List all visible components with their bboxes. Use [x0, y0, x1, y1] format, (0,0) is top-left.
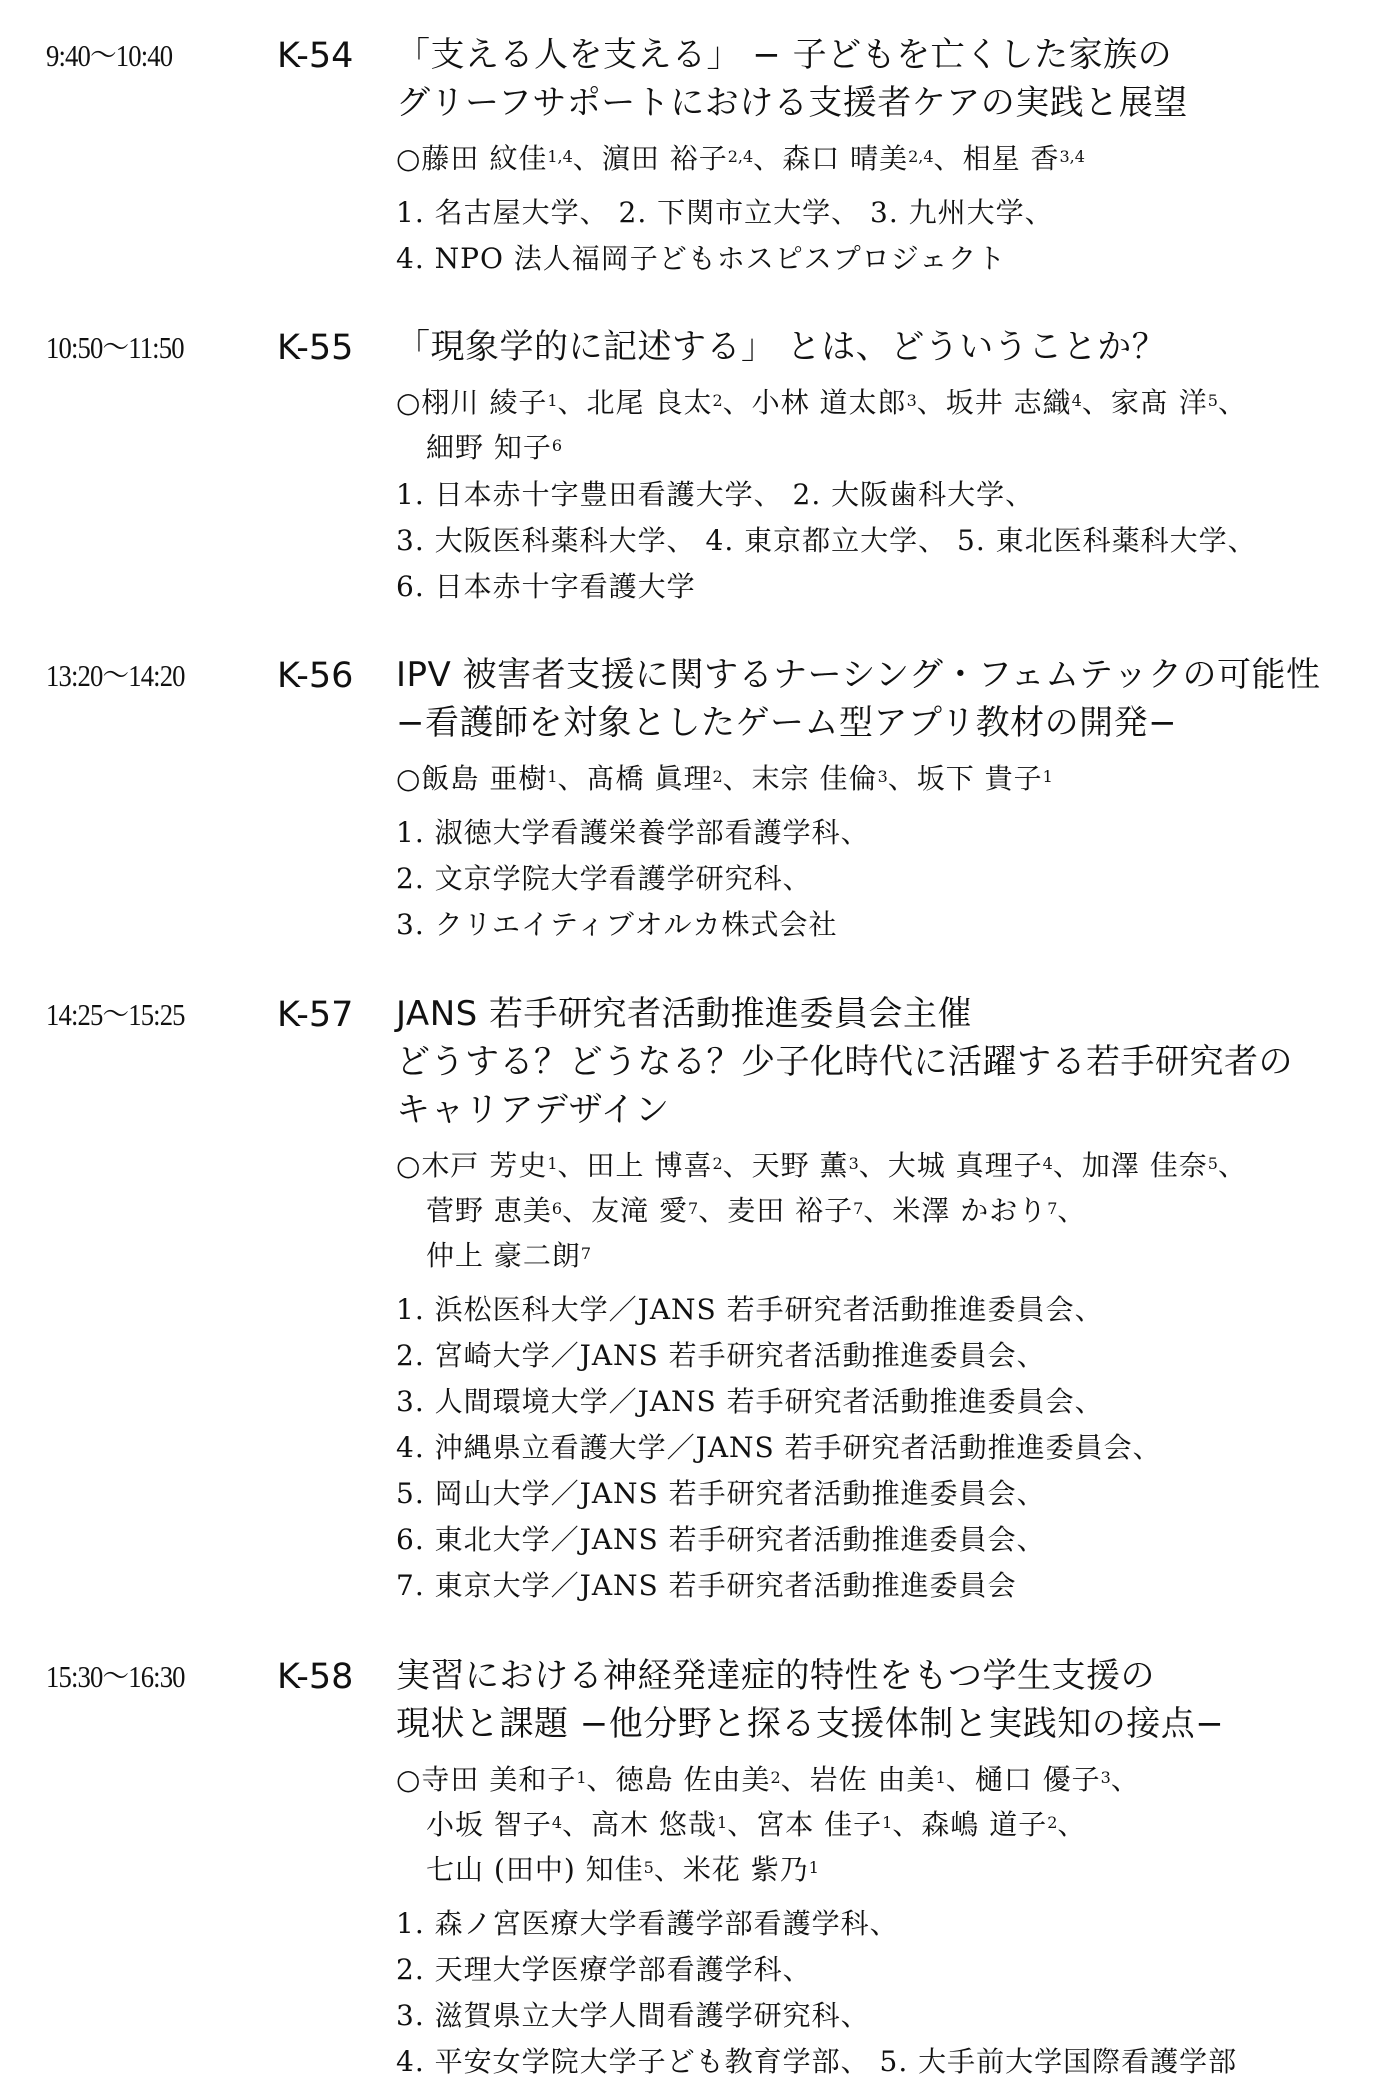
- separator: 、: [698, 1194, 727, 1227]
- author-name: 細野 知子: [426, 431, 552, 464]
- affiliation-marker: 6: [552, 436, 562, 455]
- author-line: ○木戸 芳史1、田上 博喜2、天野 薫3、大城 真理子4、加澤 佳奈5、: [396, 1143, 1396, 1188]
- separator: 、: [723, 386, 752, 419]
- separator: 、: [654, 1853, 683, 1886]
- affiliation-marker: 3: [878, 767, 888, 786]
- author-line: 小坂 智子4、高木 悠哉1、宮本 佳子1、森嶋 道子2、: [396, 1802, 1396, 1847]
- separator: 、: [558, 1149, 587, 1182]
- author-name: ○寺田 美和子: [396, 1763, 576, 1796]
- affiliation-marker: 2: [1047, 1813, 1057, 1832]
- affiliation-line: 4. 平安女学院大学子ども教育学部、 5. 大手前大学国際看護学部: [396, 2039, 1396, 2085]
- affiliation-marker: 2: [712, 1154, 722, 1173]
- session-time: 15:30〜16:30: [46, 1657, 185, 1697]
- author-name: 家髙 洋: [1111, 386, 1208, 419]
- affiliation-line: 7. 東京大学／JANS 若手研究者活動推進委員会: [396, 1563, 1396, 1609]
- session-title-line: 実習における神経発達症的特性をもつ学生支援の: [396, 1651, 1396, 1701]
- author-name: 小坂 智子: [426, 1808, 552, 1841]
- affiliation-marker: 1: [547, 1154, 557, 1173]
- affiliation-line: 3. 滋賀県立大学人間看護学研究科、: [396, 1993, 1396, 2039]
- author-line: 七山 (田中) 知佳5、米花 紫乃1: [396, 1847, 1396, 1892]
- affiliation-list: 1. 名古屋大学、 2. 下関市立大学、 3. 九州大学、 4. NPO 法人福…: [396, 190, 1396, 282]
- author-name: 米澤 かおり: [892, 1194, 1047, 1227]
- author-list: ○栩川 綾子1、北尾 良太2、小林 道太郎3、坂井 志織4、家髙 洋5、 細野 …: [396, 380, 1396, 470]
- affiliation-marker: 3: [1101, 1768, 1111, 1787]
- session-title-line: どうする？どうなる？少子化時代に活躍する若手研究者の: [396, 1037, 1396, 1087]
- affiliation-line: 6. 日本赤十字看護大学: [396, 564, 1396, 610]
- affiliation-marker: 1: [936, 1768, 946, 1787]
- author-name: 徳島 佐由美: [616, 1763, 771, 1796]
- author-line: ○栩川 綾子1、北尾 良太2、小林 道太郎3、坂井 志織4、家髙 洋5、: [396, 380, 1396, 425]
- separator: 、: [562, 1194, 591, 1227]
- separator: 、: [1053, 1149, 1082, 1182]
- author-name: 加澤 佳奈: [1082, 1149, 1208, 1182]
- author-name: 天野 薫: [752, 1149, 849, 1182]
- affiliation-marker: 3,4: [1059, 147, 1084, 166]
- affiliation-line: 4. 沖縄県立看護大学／JANS 若手研究者活動推進委員会、: [396, 1425, 1396, 1471]
- affiliation-line: 2. 文京学院大学看護学研究科、: [396, 856, 1396, 902]
- affiliation-marker: 5: [1208, 391, 1218, 410]
- session-code: K-56: [277, 654, 353, 698]
- author-name: 坂井 志織: [946, 386, 1072, 419]
- separator: 、: [562, 1808, 591, 1841]
- affiliation-line: 6. 東北大学／JANS 若手研究者活動推進委員会、: [396, 1517, 1396, 1563]
- author-name: 髙橋 眞理: [587, 762, 713, 795]
- author-name: 宮本 佳子: [756, 1808, 882, 1841]
- affiliation-marker: 6: [552, 1199, 562, 1218]
- session-time: 9:40〜10:40: [46, 36, 172, 76]
- affiliation-line: 3. 人間環境大学／JANS 若手研究者活動推進委員会、: [396, 1379, 1396, 1425]
- session-code: K-54: [277, 34, 353, 78]
- affiliation-marker: 1: [576, 1768, 586, 1787]
- affiliation-marker: 7: [581, 1244, 591, 1263]
- author-line: 菅野 恵美6、友滝 愛7、麦田 裕子7、米澤 かおり7、: [396, 1188, 1396, 1233]
- author-line: ○藤田 紋佳1,4、濵田 裕子2,4、森口 晴美2,4、相星 香3,4: [396, 136, 1396, 181]
- session-content: IPV 被害者支援に関するナーシング・フェムテックの可能性 −看護師を対象とした…: [396, 658, 1396, 948]
- separator: 、: [1082, 386, 1111, 419]
- separator: 、: [1218, 1149, 1247, 1182]
- separator: 、: [558, 762, 587, 795]
- separator: 、: [1057, 1808, 1086, 1841]
- affiliation-line: 1. 名古屋大学、 2. 下関市立大学、 3. 九州大学、: [396, 190, 1396, 236]
- separator: 、: [888, 762, 917, 795]
- author-name: 相星 香: [963, 142, 1060, 175]
- author-line: 仲上 豪二朗7: [396, 1233, 1396, 1278]
- session-title-line: キャリアデザイン: [396, 1085, 1396, 1135]
- session-time: 10:50〜11:50: [46, 328, 184, 368]
- separator: 、: [917, 386, 946, 419]
- affiliation-marker: 1: [547, 767, 557, 786]
- session-title-line: −看護師を対象としたゲーム型アプリ教材の開発−: [396, 698, 1396, 748]
- author-name: 田上 博喜: [587, 1149, 713, 1182]
- separator: 、: [558, 386, 587, 419]
- affiliation-line: 4. NPO 法人福岡子どもホスピスプロジェクト: [396, 236, 1396, 282]
- session-title-line: 「現象学的に記述する」 とは、どういうことか？: [396, 322, 1396, 372]
- affiliation-marker: 1: [1043, 767, 1053, 786]
- session-title-line: JANS 若手研究者活動推進委員会主催: [396, 989, 1396, 1039]
- session-code: K-58: [277, 1655, 353, 1699]
- author-line: 細野 知子6: [396, 425, 1396, 470]
- affiliation-line: 1. 森ノ宮医療大学看護学部看護学科、: [396, 1901, 1396, 1947]
- affiliation-list: 1. 浜松医科大学／JANS 若手研究者活動推進委員会、 2. 宮崎大学／JAN…: [396, 1287, 1396, 1609]
- affiliation-line: 3. クリエイティブオルカ株式会社: [396, 902, 1396, 948]
- session-content: 「現象学的に記述する」 とは、どういうことか？ ○栩川 綾子1、北尾 良太2、小…: [396, 330, 1396, 610]
- author-name: 菅野 恵美: [426, 1194, 552, 1227]
- separator: 、: [1218, 386, 1247, 419]
- affiliation-marker: 1,4: [547, 147, 572, 166]
- affiliation-marker: 7: [853, 1199, 863, 1218]
- affiliation-line: 1. 淑徳大学看護栄養学部看護学科、: [396, 810, 1396, 856]
- separator: 、: [934, 142, 963, 175]
- session-title-line: 「支える人を支える」 − 子どもを亡くした家族の: [396, 30, 1396, 80]
- affiliation-marker: 4: [1043, 1154, 1053, 1173]
- affiliation-marker: 4: [552, 1813, 562, 1832]
- author-name: 岩佐 由美: [810, 1763, 936, 1796]
- author-list: ○寺田 美和子1、徳島 佐由美2、岩佐 由美1、樋口 優子3、 小坂 智子4、高…: [396, 1757, 1396, 1892]
- session-title-line: 現状と課題 −他分野と探る支援体制と実践知の接点−: [396, 1699, 1396, 1749]
- affiliation-marker: 3: [849, 1154, 859, 1173]
- separator: 、: [587, 1763, 616, 1796]
- author-list: ○飯島 亜樹1、髙橋 眞理2、末宗 佳倫3、坂下 貴子1: [396, 756, 1396, 801]
- affiliation-marker: 1: [547, 391, 557, 410]
- author-name: 樋口 優子: [975, 1763, 1101, 1796]
- separator: 、: [1111, 1763, 1140, 1796]
- affiliation-marker: 2: [712, 391, 722, 410]
- affiliation-marker: 7: [688, 1199, 698, 1218]
- affiliation-line: 3. 大阪医科薬科大学、 4. 東京都立大学、 5. 東北医科薬科大学、: [396, 518, 1396, 564]
- session-title-line: IPV 被害者支援に関するナーシング・フェムテックの可能性: [396, 650, 1396, 700]
- affiliation-marker: 2: [770, 1768, 780, 1787]
- author-name: 七山 (田中) 知佳: [426, 1853, 644, 1886]
- separator: 、: [892, 1808, 921, 1841]
- separator: 、: [723, 1149, 752, 1182]
- affiliation-marker: 1: [717, 1813, 727, 1832]
- separator: 、: [573, 142, 602, 175]
- author-line: ○飯島 亜樹1、髙橋 眞理2、末宗 佳倫3、坂下 貴子1: [396, 756, 1396, 801]
- author-name: 北尾 良太: [587, 386, 713, 419]
- affiliation-marker: 1: [809, 1858, 819, 1877]
- author-name: 大城 真理子: [888, 1149, 1043, 1182]
- session-content: 「支える人を支える」 − 子どもを亡くした家族の グリーフサポートにおける支援者…: [396, 38, 1396, 282]
- author-name: 麦田 裕子: [727, 1194, 853, 1227]
- affiliation-list: 1. 森ノ宮医療大学看護学部看護学科、 2. 天理大学医療学部看護学科、 3. …: [396, 1901, 1396, 2085]
- affiliation-line: 1. 浜松医科大学／JANS 若手研究者活動推進委員会、: [396, 1287, 1396, 1333]
- separator: 、: [1057, 1194, 1086, 1227]
- author-name: 小林 道太郎: [752, 386, 907, 419]
- author-name: ○木戸 芳史: [396, 1149, 547, 1182]
- separator: 、: [946, 1763, 975, 1796]
- author-name: 末宗 佳倫: [752, 762, 878, 795]
- affiliation-line: 1. 日本赤十字豊田看護大学、 2. 大阪歯科大学、: [396, 472, 1396, 518]
- affiliation-line: 2. 宮崎大学／JANS 若手研究者活動推進委員会、: [396, 1333, 1396, 1379]
- affiliation-marker: 3: [907, 391, 917, 410]
- separator: 、: [863, 1194, 892, 1227]
- session-content: JANS 若手研究者活動推進委員会主催 どうする？どうなる？少子化時代に活躍する…: [396, 997, 1396, 1609]
- separator: 、: [781, 1763, 810, 1796]
- affiliation-marker: 2: [712, 767, 722, 786]
- author-list: ○藤田 紋佳1,4、濵田 裕子2,4、森口 晴美2,4、相星 香3,4: [396, 136, 1396, 181]
- author-name: 濵田 裕子: [602, 142, 728, 175]
- separator: 、: [727, 1808, 756, 1841]
- author-name: 森嶋 道子: [921, 1808, 1047, 1841]
- author-name: 米花 紫乃: [683, 1853, 809, 1886]
- separator: 、: [723, 762, 752, 795]
- author-line: ○寺田 美和子1、徳島 佐由美2、岩佐 由美1、樋口 優子3、: [396, 1757, 1396, 1802]
- session-title-line: グリーフサポートにおける支援者ケアの実践と展望: [396, 78, 1396, 128]
- affiliation-marker: 5: [1208, 1154, 1218, 1173]
- author-name: 高木 悠哉: [591, 1808, 717, 1841]
- separator: 、: [859, 1149, 888, 1182]
- author-name: ○藤田 紋佳: [396, 142, 547, 175]
- affiliation-line: 2. 天理大学医療学部看護学科、: [396, 1947, 1396, 1993]
- affiliation-marker: 5: [644, 1858, 654, 1877]
- author-name: ○栩川 綾子: [396, 386, 547, 419]
- author-name: 森口 晴美: [782, 142, 908, 175]
- author-name: ○飯島 亜樹: [396, 762, 547, 795]
- affiliation-line: 5. 岡山大学／JANS 若手研究者活動推進委員会、: [396, 1471, 1396, 1517]
- session-time: 13:20〜14:20: [46, 656, 185, 696]
- affiliation-marker: 4: [1072, 391, 1082, 410]
- session-content: 実習における神経発達症的特性をもつ学生支援の 現状と課題 −他分野と探る支援体制…: [396, 1659, 1396, 2085]
- author-list: ○木戸 芳史1、田上 博喜2、天野 薫3、大城 真理子4、加澤 佳奈5、 菅野 …: [396, 1143, 1396, 1278]
- affiliation-list: 1. 日本赤十字豊田看護大学、 2. 大阪歯科大学、 3. 大阪医科薬科大学、 …: [396, 472, 1396, 610]
- affiliation-marker: 7: [1047, 1199, 1057, 1218]
- session-time: 14:25〜15:25: [46, 995, 185, 1035]
- author-name: 友滝 愛: [591, 1194, 688, 1227]
- separator: 、: [753, 142, 782, 175]
- author-name: 坂下 貴子: [917, 762, 1043, 795]
- affiliation-marker: 1: [882, 1813, 892, 1832]
- session-code: K-55: [277, 326, 353, 370]
- session-code: K-57: [277, 993, 353, 1037]
- affiliation-marker: 2,4: [728, 147, 753, 166]
- affiliation-marker: 2,4: [908, 147, 933, 166]
- author-name: 仲上 豪二朗: [426, 1239, 581, 1272]
- affiliation-list: 1. 淑徳大学看護栄養学部看護学科、 2. 文京学院大学看護学研究科、 3. ク…: [396, 810, 1396, 948]
